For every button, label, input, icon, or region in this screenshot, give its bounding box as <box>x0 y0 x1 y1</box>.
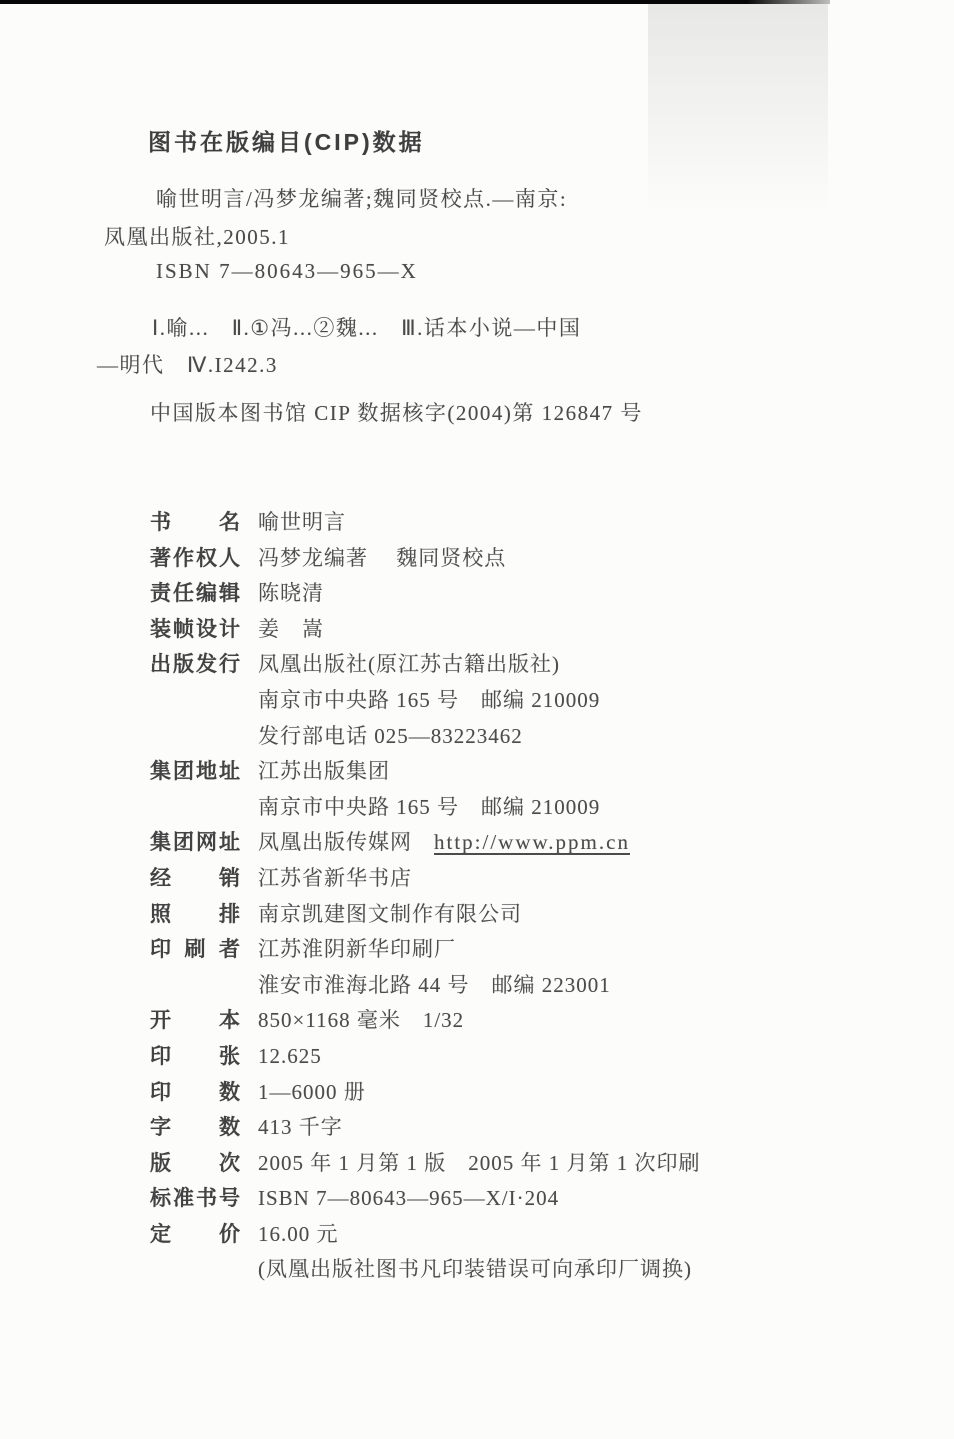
info-row-label: 集团网址 <box>150 825 240 861</box>
info-row-line: 标准书号ISBN 7—80643—965—X/I·204 <box>150 1181 870 1217</box>
info-row-line: 集团网址凤凰出版传媒网 http://www.ppm.cn <box>150 825 870 861</box>
info-row-line: 印张12.625 <box>150 1039 870 1075</box>
info-table-rows: 书名喻世明言著作权人冯梦龙编著 魏同贤校点责任编辑陈晓清装帧设计姜 嵩出版发行凤… <box>150 505 870 1252</box>
info-row-label: 著作权人 <box>150 541 240 577</box>
info-row-value: 南京市中央路 165 号 邮编 210009 <box>258 683 600 719</box>
info-row-line: 发行部电话 025—83223462 <box>150 719 870 755</box>
cip-classification-line-2: —明代 Ⅳ.I242.3 <box>97 349 278 379</box>
info-row-line: 装帧设计姜 嵩 <box>150 612 870 648</box>
info-row-label: 印刷者 <box>150 932 240 968</box>
info-row-line: 照排南京凯建图文制作有限公司 <box>150 897 870 933</box>
cip-section-title: 图书在版编目(CIP)数据 <box>148 124 425 157</box>
info-row-value: 413 千字 <box>258 1110 343 1146</box>
info-row-label: 照排 <box>150 897 240 933</box>
info-row-line: 印数1—6000 册 <box>150 1075 870 1111</box>
info-row-value: 南京凯建图文制作有限公司 <box>258 897 522 933</box>
info-row-line: 著作权人冯梦龙编著 魏同贤校点 <box>150 541 870 577</box>
info-row-value: 12.625 <box>258 1039 322 1075</box>
info-row-label: 版次 <box>150 1146 240 1182</box>
info-row-value: 陈晓清 <box>258 576 324 612</box>
reprint-note: (凤凰出版社图书凡印装错误可向承印厂调换) <box>258 1252 692 1288</box>
info-row-line: 定价16.00 元 <box>150 1217 870 1253</box>
cip-record-number-line: 中国版本图书馆 CIP 数据核字(2004)第 126847 号 <box>150 397 643 427</box>
info-row-label: 出版发行 <box>150 647 240 683</box>
info-row-value: 喻世明言 <box>258 505 346 541</box>
info-row-label: 字数 <box>150 1110 240 1146</box>
info-row-value: 1—6000 册 <box>258 1075 366 1111</box>
info-row-value: 冯梦龙编著 魏同贤校点 <box>258 541 506 577</box>
info-row-line: 字数413 千字 <box>150 1110 870 1146</box>
info-row-value: 江苏淮阴新华印刷厂 <box>258 932 456 968</box>
info-row-label: 定价 <box>150 1217 240 1253</box>
info-row-value: ISBN 7—80643—965—X/I·204 <box>258 1181 559 1217</box>
info-row-value: 江苏省新华书店 <box>258 861 412 897</box>
info-row-label: 责任编辑 <box>150 576 240 612</box>
info-row-value: 南京市中央路 165 号 邮编 210009 <box>258 790 600 826</box>
info-row-value: 发行部电话 025—83223462 <box>258 719 523 755</box>
info-row-value: 16.00 元 <box>258 1217 339 1253</box>
info-row-line: 淮安市淮海北路 44 号 邮编 223001 <box>150 968 870 1004</box>
cip-publisher-line: 凤凰出版社,2005.1 <box>104 221 290 251</box>
info-row-label: 集团地址 <box>150 754 240 790</box>
info-row-value: 淮安市淮海北路 44 号 邮编 223001 <box>258 968 611 1004</box>
info-row-value: 2005 年 1 月第 1 版 2005 年 1 月第 1 次印刷 <box>258 1146 701 1182</box>
info-row-value: 凤凰出版传媒网 http://www.ppm.cn <box>258 825 630 861</box>
scan-shadow-top-right <box>648 4 828 214</box>
publisher-website-url: http://www.ppm.cn <box>434 830 630 854</box>
info-row-line: 印刷者江苏淮阴新华印刷厂 <box>150 932 870 968</box>
info-row-line: 南京市中央路 165 号 邮编 210009 <box>150 683 870 719</box>
info-row-value: 850×1168 毫米 1/32 <box>258 1003 464 1039</box>
info-row-line: 集团地址江苏出版集团 <box>150 754 870 790</box>
info-row-label: 经销 <box>150 861 240 897</box>
book-cip-page: 图书在版编目(CIP)数据 喻世明言/冯梦龙编著;魏同贤校点.—南京: 凤凰出版… <box>0 0 954 1439</box>
cip-classification-line-1: Ⅰ.喻... Ⅱ.①冯...②魏... Ⅲ.话本小说—中国 <box>152 312 581 342</box>
cip-isbn-line: ISBN 7—80643—965—X <box>156 259 418 284</box>
info-row-label: 标准书号 <box>150 1181 240 1217</box>
info-row-line: 版次2005 年 1 月第 1 版 2005 年 1 月第 1 次印刷 <box>150 1146 870 1182</box>
info-row-line: 开本850×1168 毫米 1/32 <box>150 1003 870 1039</box>
info-row-label: 装帧设计 <box>150 612 240 648</box>
info-row-line: 南京市中央路 165 号 邮编 210009 <box>150 790 870 826</box>
info-row-value: 姜 嵩 <box>258 612 324 648</box>
reprint-note-line: (凤凰出版社图书凡印装错误可向承印厂调换) <box>150 1252 870 1288</box>
info-row-value: 江苏出版集团 <box>258 754 390 790</box>
info-row-line: 经销江苏省新华书店 <box>150 861 870 897</box>
info-row-line: 出版发行凤凰出版社(原江苏古籍出版社) <box>150 647 870 683</box>
info-row-label: 开本 <box>150 1003 240 1039</box>
info-row-label: 印数 <box>150 1075 240 1111</box>
cip-title-author-line: 喻世明言/冯梦龙编著;魏同贤校点.—南京: <box>156 183 567 213</box>
info-row-line: 责任编辑陈晓清 <box>150 576 870 612</box>
publication-info-table: 书名喻世明言著作权人冯梦龙编著 魏同贤校点责任编辑陈晓清装帧设计姜 嵩出版发行凤… <box>150 505 870 1288</box>
info-row-value: 凤凰出版社(原江苏古籍出版社) <box>258 647 560 683</box>
info-row-line: 书名喻世明言 <box>150 505 870 541</box>
info-row-label: 书名 <box>150 505 240 541</box>
info-row-label: 印张 <box>150 1039 240 1075</box>
